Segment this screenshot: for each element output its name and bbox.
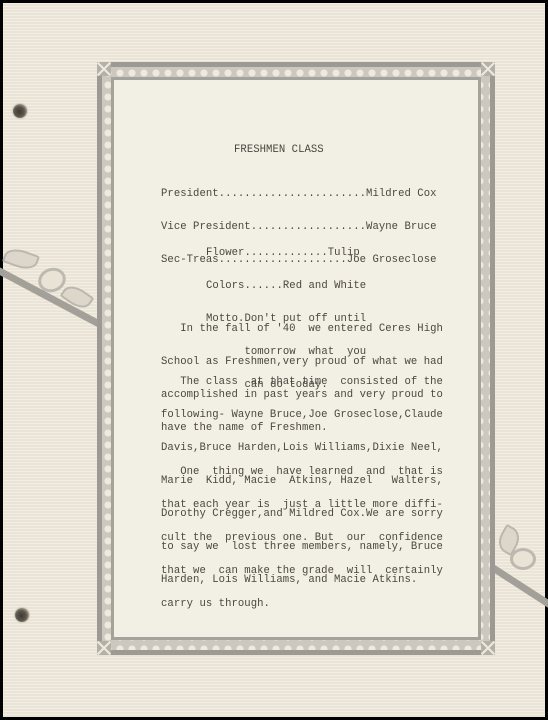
class-flower: Flower.............Tulip bbox=[206, 248, 366, 259]
paragraph-line: that we can make the grade will certainl… bbox=[161, 566, 443, 577]
scroll-ornament-icon bbox=[510, 548, 536, 570]
paragraph-line: The class at that time consisted of the bbox=[161, 377, 443, 388]
officer-president: President.......................Mildred … bbox=[161, 189, 437, 200]
paragraph-line: following- Wayne Bruce,Joe Groseclose,Cl… bbox=[161, 410, 443, 421]
paragraph-lesson: One thing we have learned and that is th… bbox=[161, 445, 443, 621]
paragraph-line: One thing we have learned and that is bbox=[161, 467, 443, 478]
paragraph-line: cult the previous one. But our confidenc… bbox=[161, 533, 443, 544]
binder-hole-icon bbox=[13, 104, 27, 118]
frame-corner-icon bbox=[481, 62, 495, 76]
page-title: FRESHMEN CLASS bbox=[234, 145, 324, 156]
frame-corner-icon bbox=[481, 641, 495, 655]
paragraph-line: that each year is just a little more dif… bbox=[161, 500, 443, 511]
paragraph-line: carry us through. bbox=[161, 599, 443, 610]
frame-corner-icon bbox=[97, 62, 111, 76]
binder-hole-icon bbox=[15, 608, 29, 622]
class-colors: Colors......Red and White bbox=[206, 281, 366, 292]
paragraph-line: In the fall of '40 we entered Ceres High bbox=[161, 324, 443, 335]
frame-corner-icon bbox=[97, 641, 111, 655]
